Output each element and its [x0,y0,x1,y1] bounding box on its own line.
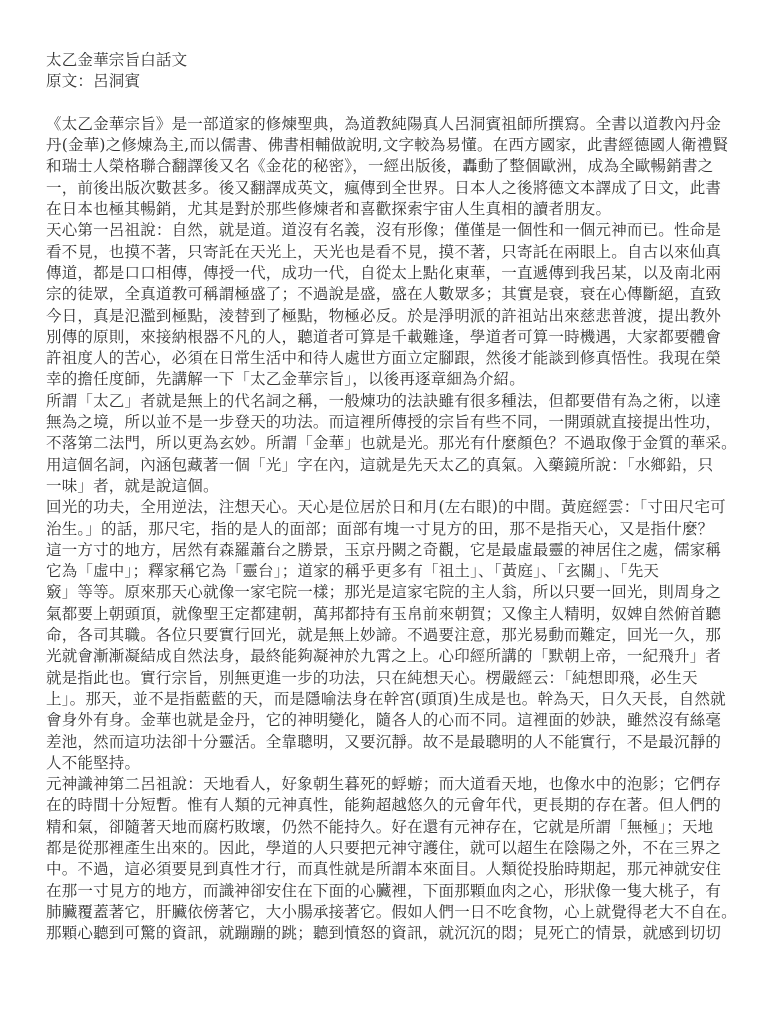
text-line: 宗的徒眾，全真道教可稱謂極盛了；不過說是盛，盛在人數眾多；其實是衰，衰在心傳斷絕… [46,284,736,305]
text-line: 命，各司其職。各位只要實行回光，就是無上妙諦。不過要注意，那光易動而難定，回光一… [46,625,736,646]
text-line: 肺臟覆蓋著它，肝臟依傍著它，大小腸承接著它。假如人們一日不吃食物，心上就覺得老大… [46,902,736,923]
text-line: 無為之境，所以並不是一步登天的功法。而這裡所傳授的宗旨有些不同，一開頭就直接提出… [46,412,736,433]
text-line: 用這個名詞，內涵包藏著一個「光」字在內，這就是先天太乙的真氣。入藥鏡所說：「水鄉… [46,455,736,476]
text-line: 元神識神第二呂祖說：天地看人，好象朝生暮死的蜉蝣；而大道看天地，也像水中的泡影；… [46,774,736,795]
text-line: 一，前後出版次數甚多。後又翻譯成英文，瘋傳到全世界。日本人之後將德文本譯成了日文… [46,178,736,199]
text-line: 和瑞士人榮格聯合翻譯後又名《金花的秘密》，一經出版後，轟動了整個歐洲，成為全歐暢… [46,156,736,177]
text-line: 人不能堅持。 [46,753,736,774]
document-page: 太乙金華宗旨白話文 原文：呂洞賓 《太乙金華宗旨》是一部道家的修煉聖典，為道教純… [46,50,736,944]
text-line: 幸的擔任度師，先講解一下「太乙金華宗旨」，以後再逐章細為介紹。 [46,369,736,390]
text-line: 治生。」的話，那尺宅，指的是人的面部；面部有塊一寸見方的田，那不是指天心，又是指… [46,519,736,540]
text-line: 別傳的原則，來接納根器不凡的人，聽道者可算是千載難逢，學道者可算一時機遇，大家都… [46,327,736,348]
text-line: 丹(金華)之修煉為主,而以儒書、佛書相輔做說明,文字較為易懂。在西方國家，此書經… [46,135,736,156]
document-body: 《太乙金華宗旨》是一部道家的修煉聖典，為道教純陽真人呂洞賓祖師所撰寫。全書以道教… [46,114,736,945]
text-line: 上」。那天，並不是指藍藍的天，而是隱喻法身在幹宮(頭頂)生成是也。幹為天，日久天… [46,689,736,710]
text-line: 今日，真是氾濫到極點，淩替到了極點，物極必反。於是淨明派的許祖站出來慈悲普渡，提… [46,306,736,327]
text-line: 天心第一呂祖說：自然，就是道。道沒有名義，沒有形像；僅僅是一個性和一個元神而已。… [46,220,736,241]
text-line: 就是指此也。實行宗旨，別無更進一步的功法，只在純想天心。楞嚴經云：「純想即飛，必… [46,668,736,689]
text-line: 《太乙金華宗旨》是一部道家的修煉聖典，為道教純陽真人呂洞賓祖師所撰寫。全書以道教… [46,114,736,135]
text-line: 在日本也極其暢銷，尤其是對於那些修煉者和喜歡探索宇宙人生真相的讀者朋友。 [46,199,736,220]
text-line: 在的時間十分短暫。惟有人類的元神真性，能夠超越悠久的元會年代，更長期的存在著。但… [46,795,736,816]
text-line: 所謂「太乙」者就是無上的代名詞之稱，一般煉功的法訣雖有很多種法，但都要借有為之術… [46,391,736,412]
text-line: 會身外有身。金華也就是金丹，它的神明變化，隨各人的心而不同。這裡面的妙訣，雖然沒… [46,710,736,731]
text-line: 傳道，都是口口相傳，傳授一代，成功一代，自從太上點化東華，一直遞傳到我呂某，以及… [46,263,736,284]
text-line: 看不見，也摸不著，只寄託在天光上，天光也是看不見，摸不著，只寄託在兩眼上。自古以… [46,242,736,263]
text-line: 中。不過，這必須要見到真性才行，而真性就是所謂本來面目。人類從投胎時期起，那元神… [46,859,736,880]
text-line: 在那一寸見方的地方，而識神卻安住在下面的心臟裡，下面那顆血肉之心，形狀像一隻大桃… [46,881,736,902]
text-line: 這一方寸的地方，居然有森羅蕭台之勝景，玉京丹闕之奇觀，它是最虛最靈的神居住之處，… [46,540,736,561]
text-line: 許祖度人的苦心，必須在日常生活中和待人處世方面立定腳跟，然後才能談到修真悟性。我… [46,348,736,369]
text-line: 氣都要上朝頭頂，就像聖王定都建朝，萬邦都持有玉帛前來朝賀；又像主人精明，奴婢自然… [46,604,736,625]
document-title: 太乙金華宗旨白話文 [46,50,736,71]
text-line: 它為「虛中」；釋家稱它為「靈台」；道家的稱乎更多有「祖土」、「黃庭」、「玄關」、… [46,561,736,582]
text-line: 那顆心聽到可驚的資訊，就蹦蹦的跳；聽到憤怒的資訊，就沉沉的悶；見死亡的情景，就感… [46,923,736,944]
spacer [46,93,736,114]
text-line: 精和氣，卻隨著天地而腐朽敗壞，仍然不能持久。好在還有元神存在，它就是所謂「無極」… [46,817,736,838]
text-line: 不落第二法門，所以更為玄妙。所謂「金華」也就是光。那光有什麼顏色？不過取像于金質… [46,433,736,454]
text-line: 都是從那裡產生出來的。因此，學道的人只要把元神守護住，就可以超生在陰陽之外，不在… [46,838,736,859]
text-line: 一味」者，就是說這個。 [46,476,736,497]
text-line: 回光的功夫，全用逆法，注想天心。天心是位居於日和月(左右眼)的中間。黃庭經雲：「… [46,497,736,518]
text-line: 差池，然而這功法卻十分靈活。全靠聰明，又要沉靜。故不是最聰明的人不能實行，不是最… [46,732,736,753]
text-line: 竅」等等。原來那天心就像一家宅院一樣；那光是這家宅院的主人翁，所以只要一回光，則… [46,582,736,603]
author-line: 原文：呂洞賓 [46,71,736,92]
text-line: 光就會漸漸凝結成自然法身，最終能夠凝神於九霄之上。心印經所講的「默朝上帝，一紀飛… [46,646,736,667]
